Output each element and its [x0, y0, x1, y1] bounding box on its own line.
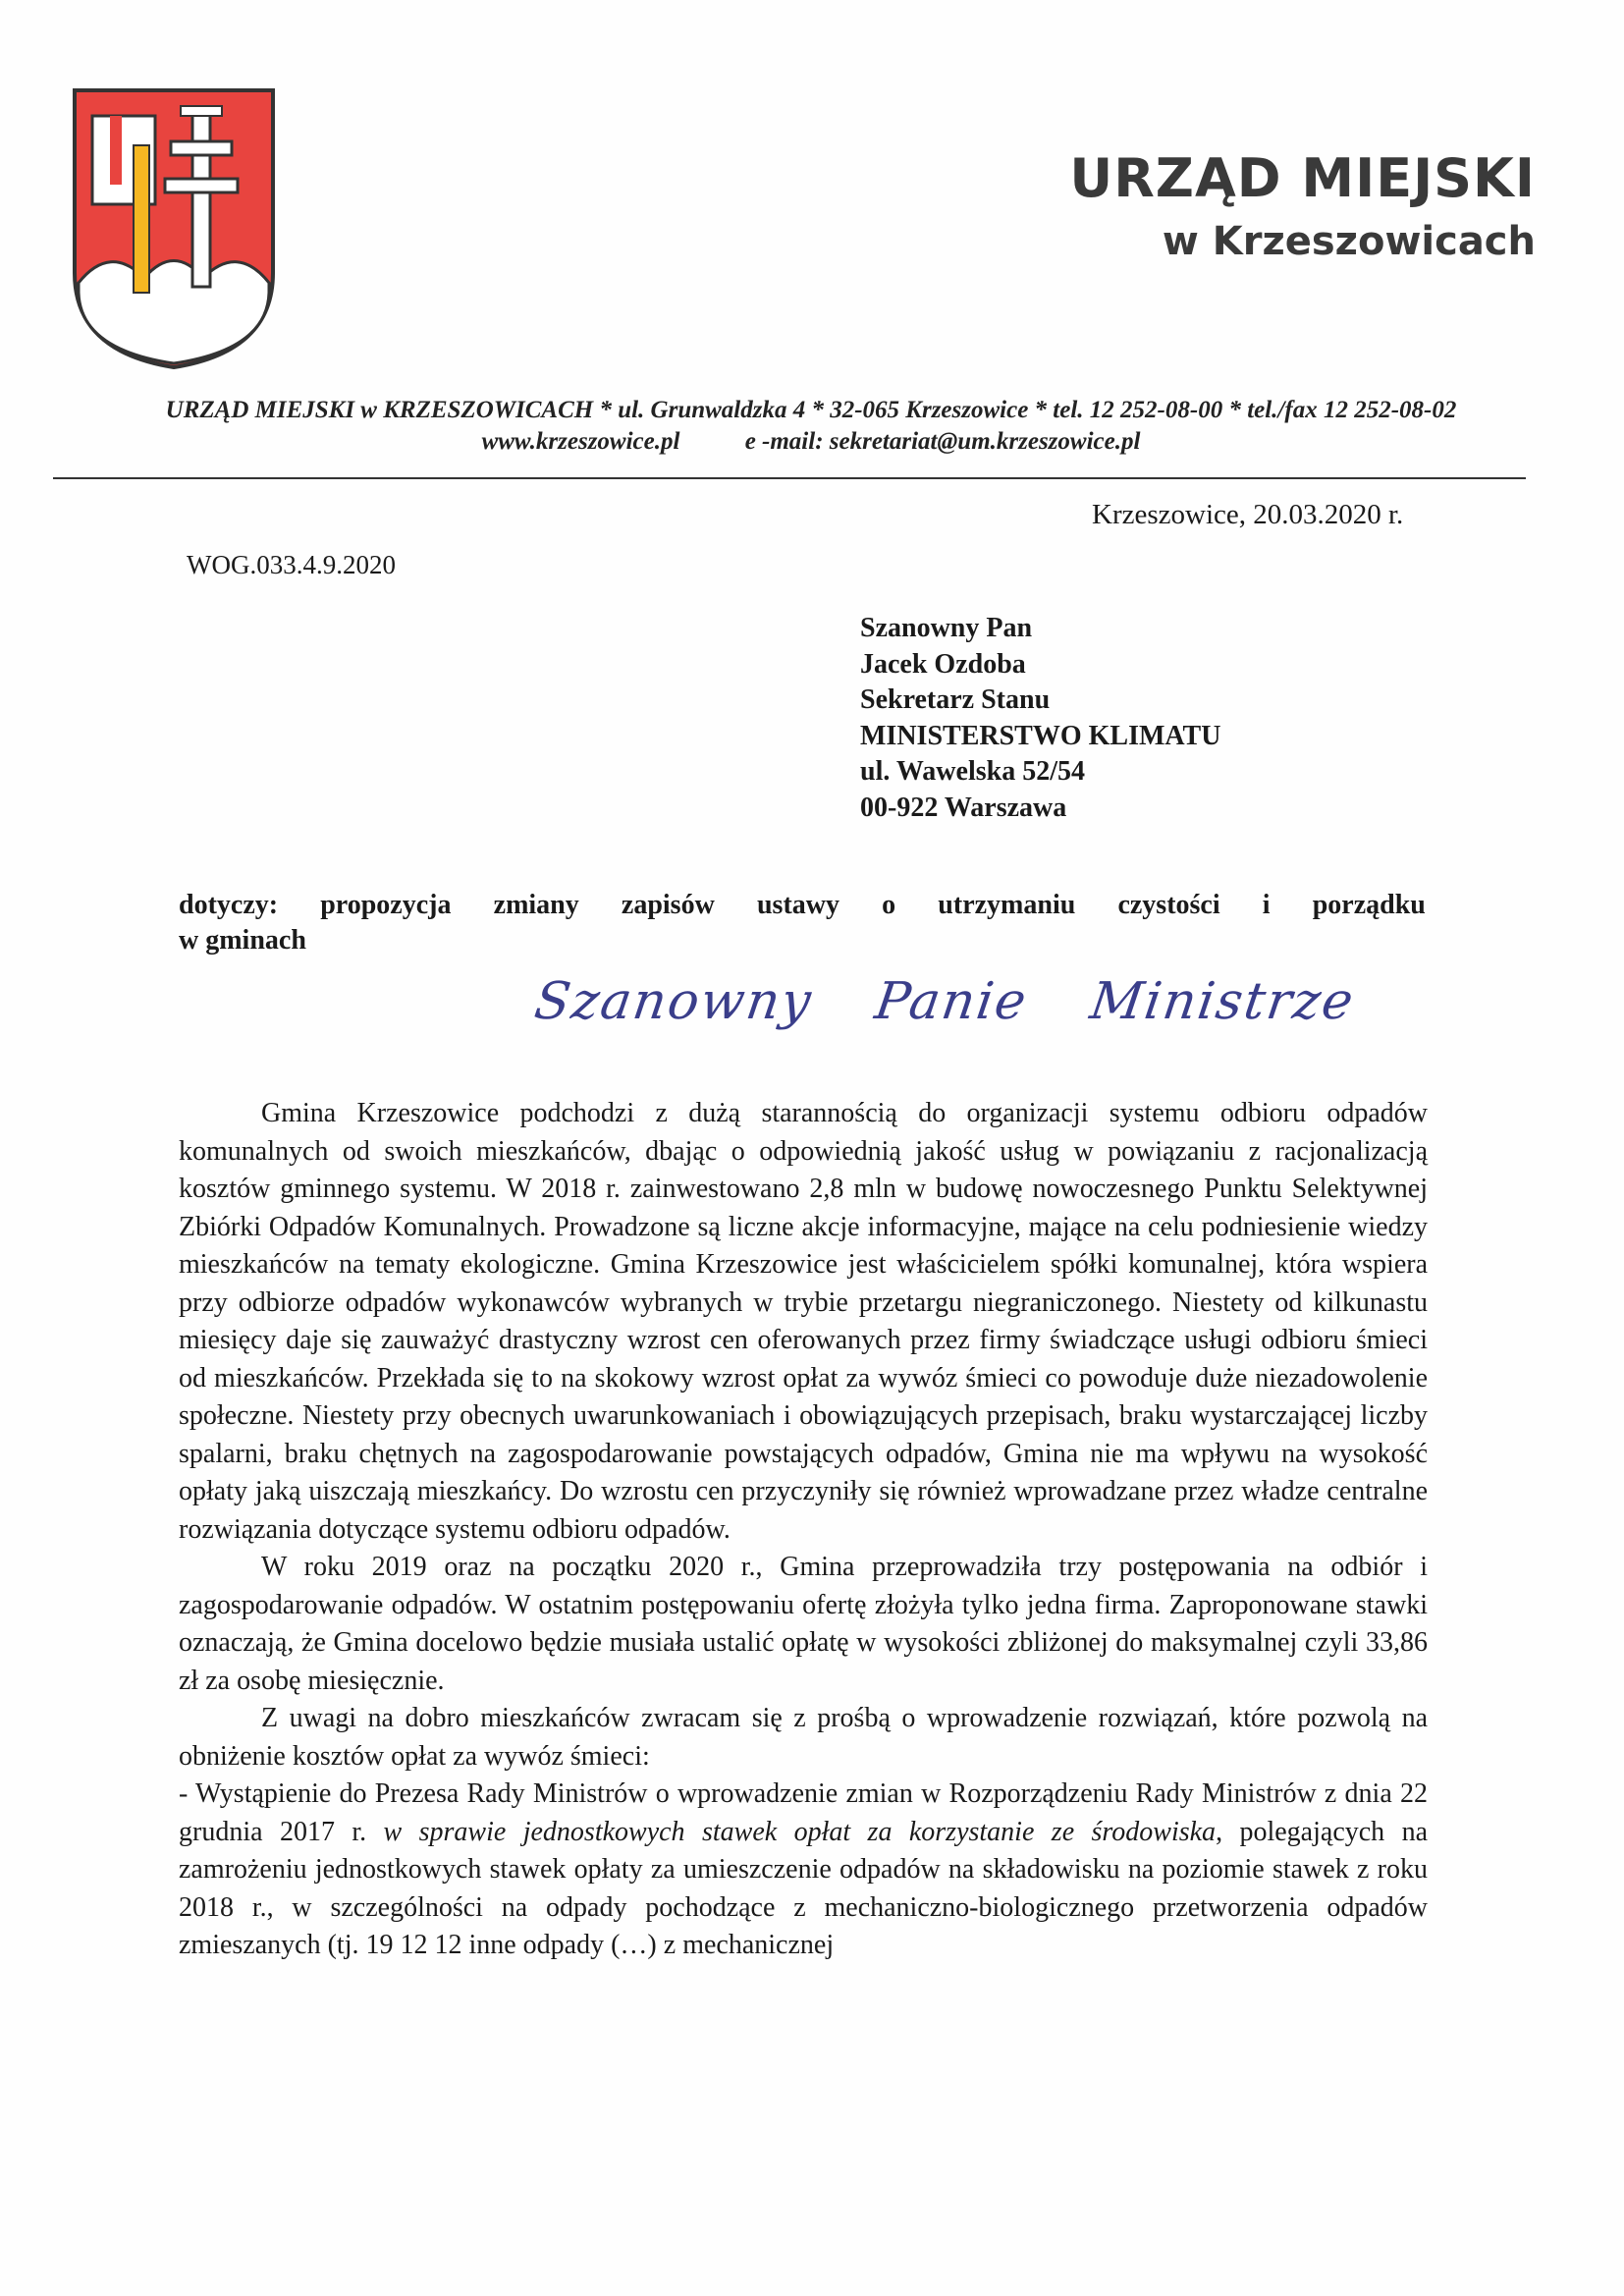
office-location: w Krzeszowicach [1069, 216, 1536, 267]
body-paragraph: Z uwagi na dobro mieszkańców zwracam się… [179, 1700, 1428, 1776]
reference-number: WOG.033.4.9.2020 [187, 550, 396, 580]
body-paragraph: W roku 2019 oraz na początku 2020 r., Gm… [179, 1549, 1428, 1700]
salutation-word: Ministrze [1087, 972, 1359, 1031]
email-link[interactable]: e -mail: sekretariat@um.krzeszowice.pl [745, 428, 1141, 455]
subject-word: utrzymaniu [938, 888, 1075, 923]
subject-word: porządku [1313, 888, 1426, 923]
recipient-line: Sekretarz Stanu [860, 683, 1220, 719]
regulation-title: w sprawie jednostkowych stawek opłat za … [384, 1817, 1217, 1847]
office-name: URZĄD MIEJSKI [1069, 147, 1536, 210]
subject-word: o [882, 888, 895, 923]
recipient-line: ul. Wawelska 52/54 [860, 754, 1220, 791]
subject-word: zapisów [622, 888, 715, 923]
subject-word: i [1263, 888, 1271, 923]
subject: dotyczy: propozycja zmiany zapisów ustaw… [179, 888, 1426, 958]
letter-page: URZĄD MIEJSKI w Krzeszowicach URZĄD MIEJ… [0, 0, 1624, 2296]
recipient-line: Jacek Ozdoba [860, 647, 1220, 683]
recipient-line: Szanowny Pan [860, 611, 1220, 647]
letterhead-contact: URZĄD MIEJSKI w KRZESZOWICACH * ul. Grun… [55, 397, 1567, 456]
letter-body: Gmina Krzeszowice podchodzi z dużą stara… [179, 1095, 1428, 1965]
salutation-word: Panie [872, 972, 1032, 1031]
subject-word: czystości [1117, 888, 1219, 923]
recipient-address: Szanowny Pan Jacek Ozdoba Sekretarz Stan… [860, 611, 1220, 826]
subject-word: ustawy [757, 888, 839, 923]
recipient-line: 00-922 Warszawa [860, 791, 1220, 827]
handwritten-salutation: Szanowny Panie Ministrze [531, 972, 1404, 1031]
subject-word: dotyczy: [179, 888, 278, 923]
header-divider [53, 477, 1526, 479]
letter-date: Krzeszowice, 20.03.2020 r. [1092, 499, 1403, 531]
salutation-word: Szanowny [531, 972, 817, 1031]
request-item: - Wystąpienie do Prezesa Rady Ministrów … [179, 1776, 1428, 1965]
subject-word: propozycja [320, 888, 451, 923]
crest-icon [71, 86, 277, 371]
subject-line-2: w gminach [179, 923, 1426, 958]
subject-word: zmiany [494, 888, 579, 923]
recipient-line: MINISTERSTWO KLIMATU [860, 719, 1220, 755]
body-paragraph: Gmina Krzeszowice podchodzi z dużą stara… [179, 1095, 1428, 1549]
website-link[interactable]: www.krzeszowice.pl [482, 428, 680, 455]
letterhead-address: URZĄD MIEJSKI w KRZESZOWICACH * ul. Grun… [55, 397, 1567, 424]
office-title: URZĄD MIEJSKI w Krzeszowicach [1069, 147, 1536, 267]
